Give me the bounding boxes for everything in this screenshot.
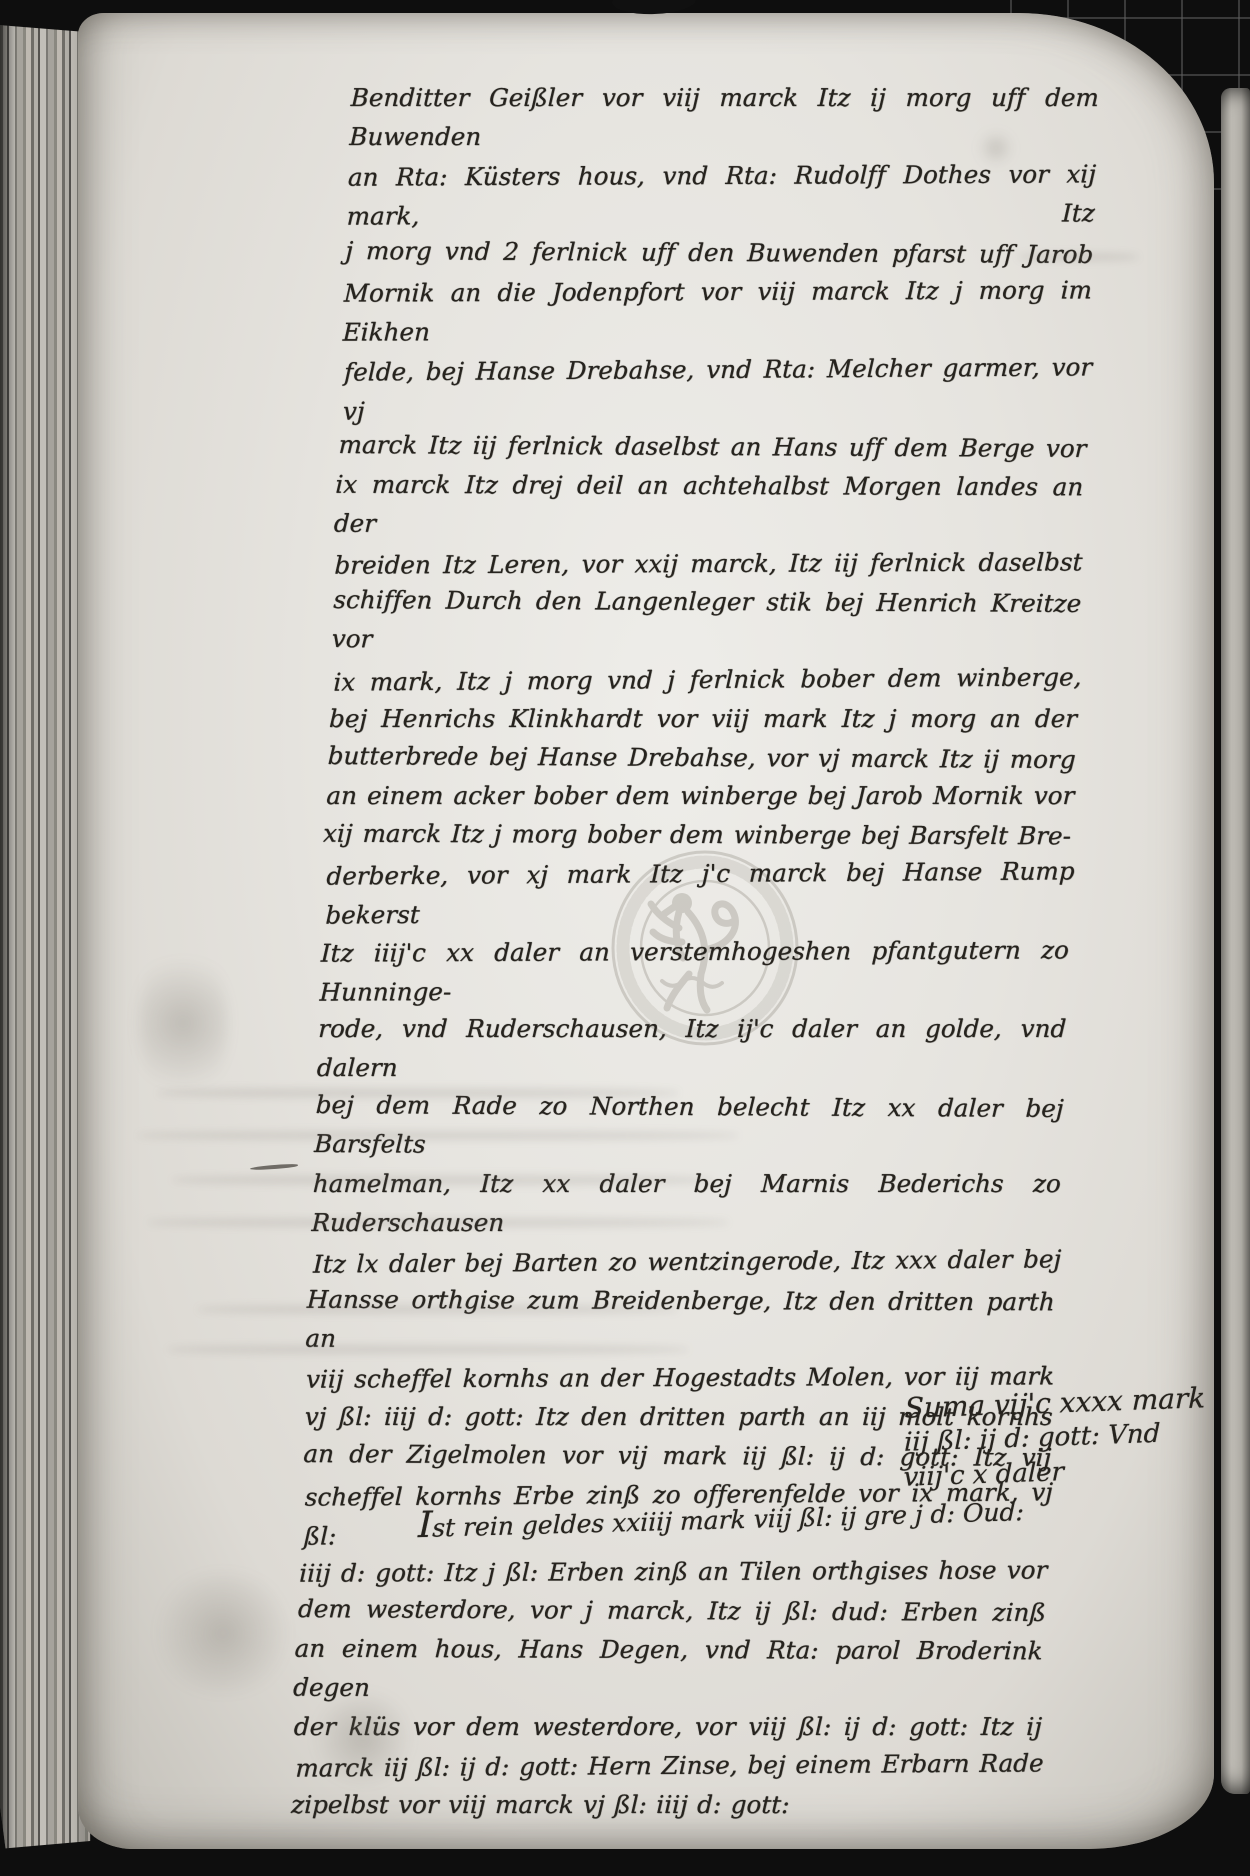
- bleed-through-mark: [168, 1345, 688, 1354]
- bleed-through-mark: [198, 1305, 678, 1314]
- manuscript-line: ix mark, Itz j morg vnd j ferlnick bober…: [333, 658, 1082, 702]
- manuscript-line: rode, vnd Ruderschausen, Itz ij'c daler …: [316, 1010, 1067, 1088]
- manuscript-page: Benditter Geißler vor viij marck Itz ij …: [78, 13, 1214, 1849]
- manuscript-line: iiij d: gott: Itz j ßl: Erben zinß an Ti…: [299, 1552, 1048, 1594]
- manuscript-line: breiden Itz Leren, vor xxij marck, Itz i…: [334, 543, 1083, 585]
- margin-dash-mark: [250, 1163, 298, 1170]
- manuscript-line: dem westerdore, vor j marck, Itz ij ßl: …: [297, 1590, 1046, 1633]
- manuscript-line: an einem acker bober dem winberge bej Ja…: [326, 777, 1075, 816]
- manuscript-line: felde, bej Hanse Drebahse, vnd Rta: Melc…: [342, 348, 1092, 431]
- manuscript-line: Mornik an die Jodenpfort vor viij marck …: [342, 271, 1092, 352]
- manuscript-line: j morg vnd 2 ferlnick uff den Buwenden p…: [345, 232, 1094, 275]
- manuscript-line: zipelbst vor viij marck vj ßl: iiij d: g…: [291, 1786, 1040, 1825]
- manuscript-line: bej Henrichs Klinkhardt vor viij mark It…: [328, 700, 1077, 739]
- manuscript-line: an einem hous, Hans Degen, vnd Rta: paro…: [292, 1630, 1043, 1710]
- next-page-edge: [1221, 88, 1250, 1794]
- bleed-through-mark: [158, 1088, 678, 1098]
- manuscript-line: derberke, vor xj mark Itz j'c marck bej …: [325, 852, 1075, 935]
- summary-block: Suma vij'c xxxx mark iij ßl: ij d: gott:…: [903, 1379, 1235, 1496]
- manuscript-line: Itz iiij'c xx daler an verstemhogeshen p…: [319, 931, 1069, 1012]
- manuscript-line: marck Itz iij ferlnick daselbst an Hans …: [338, 426, 1087, 469]
- manuscript-line: an Rta: Küsters hous, vnd Rta: Rudolff D…: [346, 155, 1096, 236]
- manuscript-line: schiffen Durch den Langenleger stik bej …: [331, 581, 1082, 663]
- bleed-through-mark: [1018, 253, 1138, 261]
- bleed-through-mark: [138, 1131, 738, 1140]
- handwriting-block: Benditter Geißler vor viij marck Itz ij …: [291, 79, 1100, 1825]
- manuscript-line: ix marck Itz drej deil an achtehalbst Mo…: [333, 466, 1084, 546]
- foxing-spot: [138, 943, 228, 1103]
- foxing-spot: [308, 1693, 418, 1783]
- manuscript-line: butterbrede bej Hanse Drebahse, vor vj m…: [327, 737, 1076, 780]
- bleed-through-mark: [173, 1175, 713, 1185]
- manuscript-line: xij marck Itz j morg bober dem winberge …: [322, 815, 1071, 856]
- foxing-spot: [978, 133, 1014, 163]
- bleed-through-mark: [148, 1218, 728, 1227]
- foxing-spot: [148, 1573, 298, 1693]
- manuscript-line: Itz lx daler bej Barten zo wentzingerode…: [313, 1240, 1062, 1284]
- photo-backdrop: Benditter Geißler vor viij marck Itz ij …: [0, 0, 1250, 1876]
